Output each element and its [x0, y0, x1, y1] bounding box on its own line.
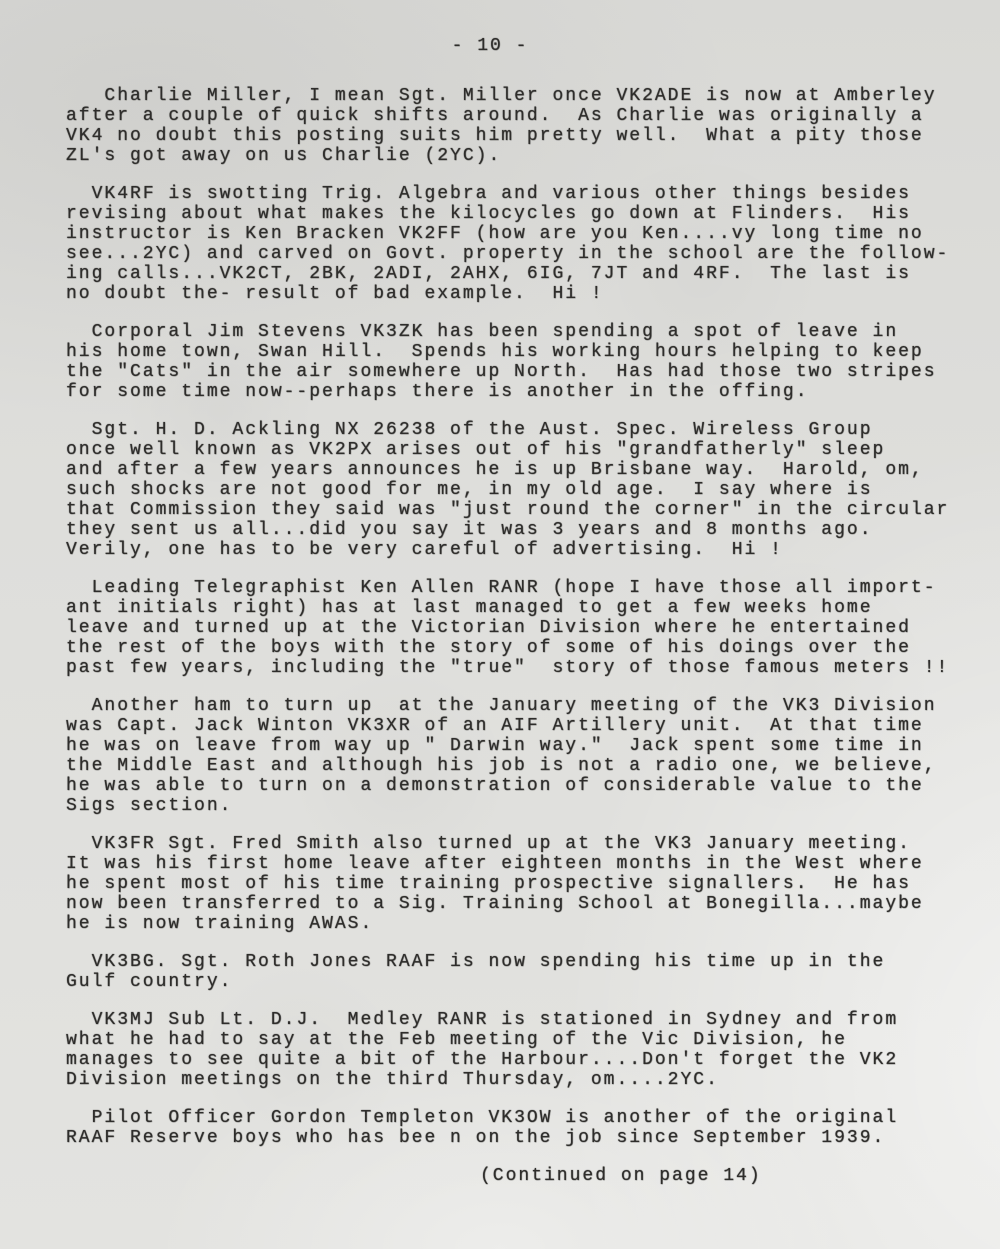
- paragraph-charlie-miller: Charlie Miller, I mean Sgt. Miller once …: [66, 86, 966, 166]
- paragraph-medley: VK3MJ Sub Lt. D.J. Medley RANR is statio…: [66, 1010, 966, 1090]
- paragraph-jack-winton: Another ham to turn up at the January me…: [66, 696, 966, 816]
- paragraph-ackling: Sgt. H. D. Ackling NX 26238 of the Aust.…: [66, 420, 966, 560]
- page-body: Charlie Miller, I mean Sgt. Miller once …: [66, 86, 966, 1186]
- paragraph-vk4rf: VK4RF is swotting Trig. Algebra and vari…: [66, 184, 966, 304]
- paragraph-roth-jones: VK3BG. Sgt. Roth Jones RAAF is now spend…: [66, 952, 966, 992]
- continuation-note: (Continued on page 14): [480, 1166, 966, 1186]
- paragraph-fred-smith: VK3FR Sgt. Fred Smith also turned up at …: [66, 834, 966, 934]
- paragraph-jim-stevens: Corporal Jim Stevens VK3ZK has been spen…: [66, 322, 966, 402]
- scanned-document-page: - 10 - Charlie Miller, I mean Sgt. Mille…: [0, 0, 1000, 1249]
- paragraph-gordon-templeton: Pilot Officer Gordon Templeton VK3OW is …: [66, 1108, 966, 1148]
- paragraph-ken-allen: Leading Telegraphist Ken Allen RANR (hop…: [66, 578, 966, 678]
- page-number: - 10 -: [0, 36, 980, 56]
